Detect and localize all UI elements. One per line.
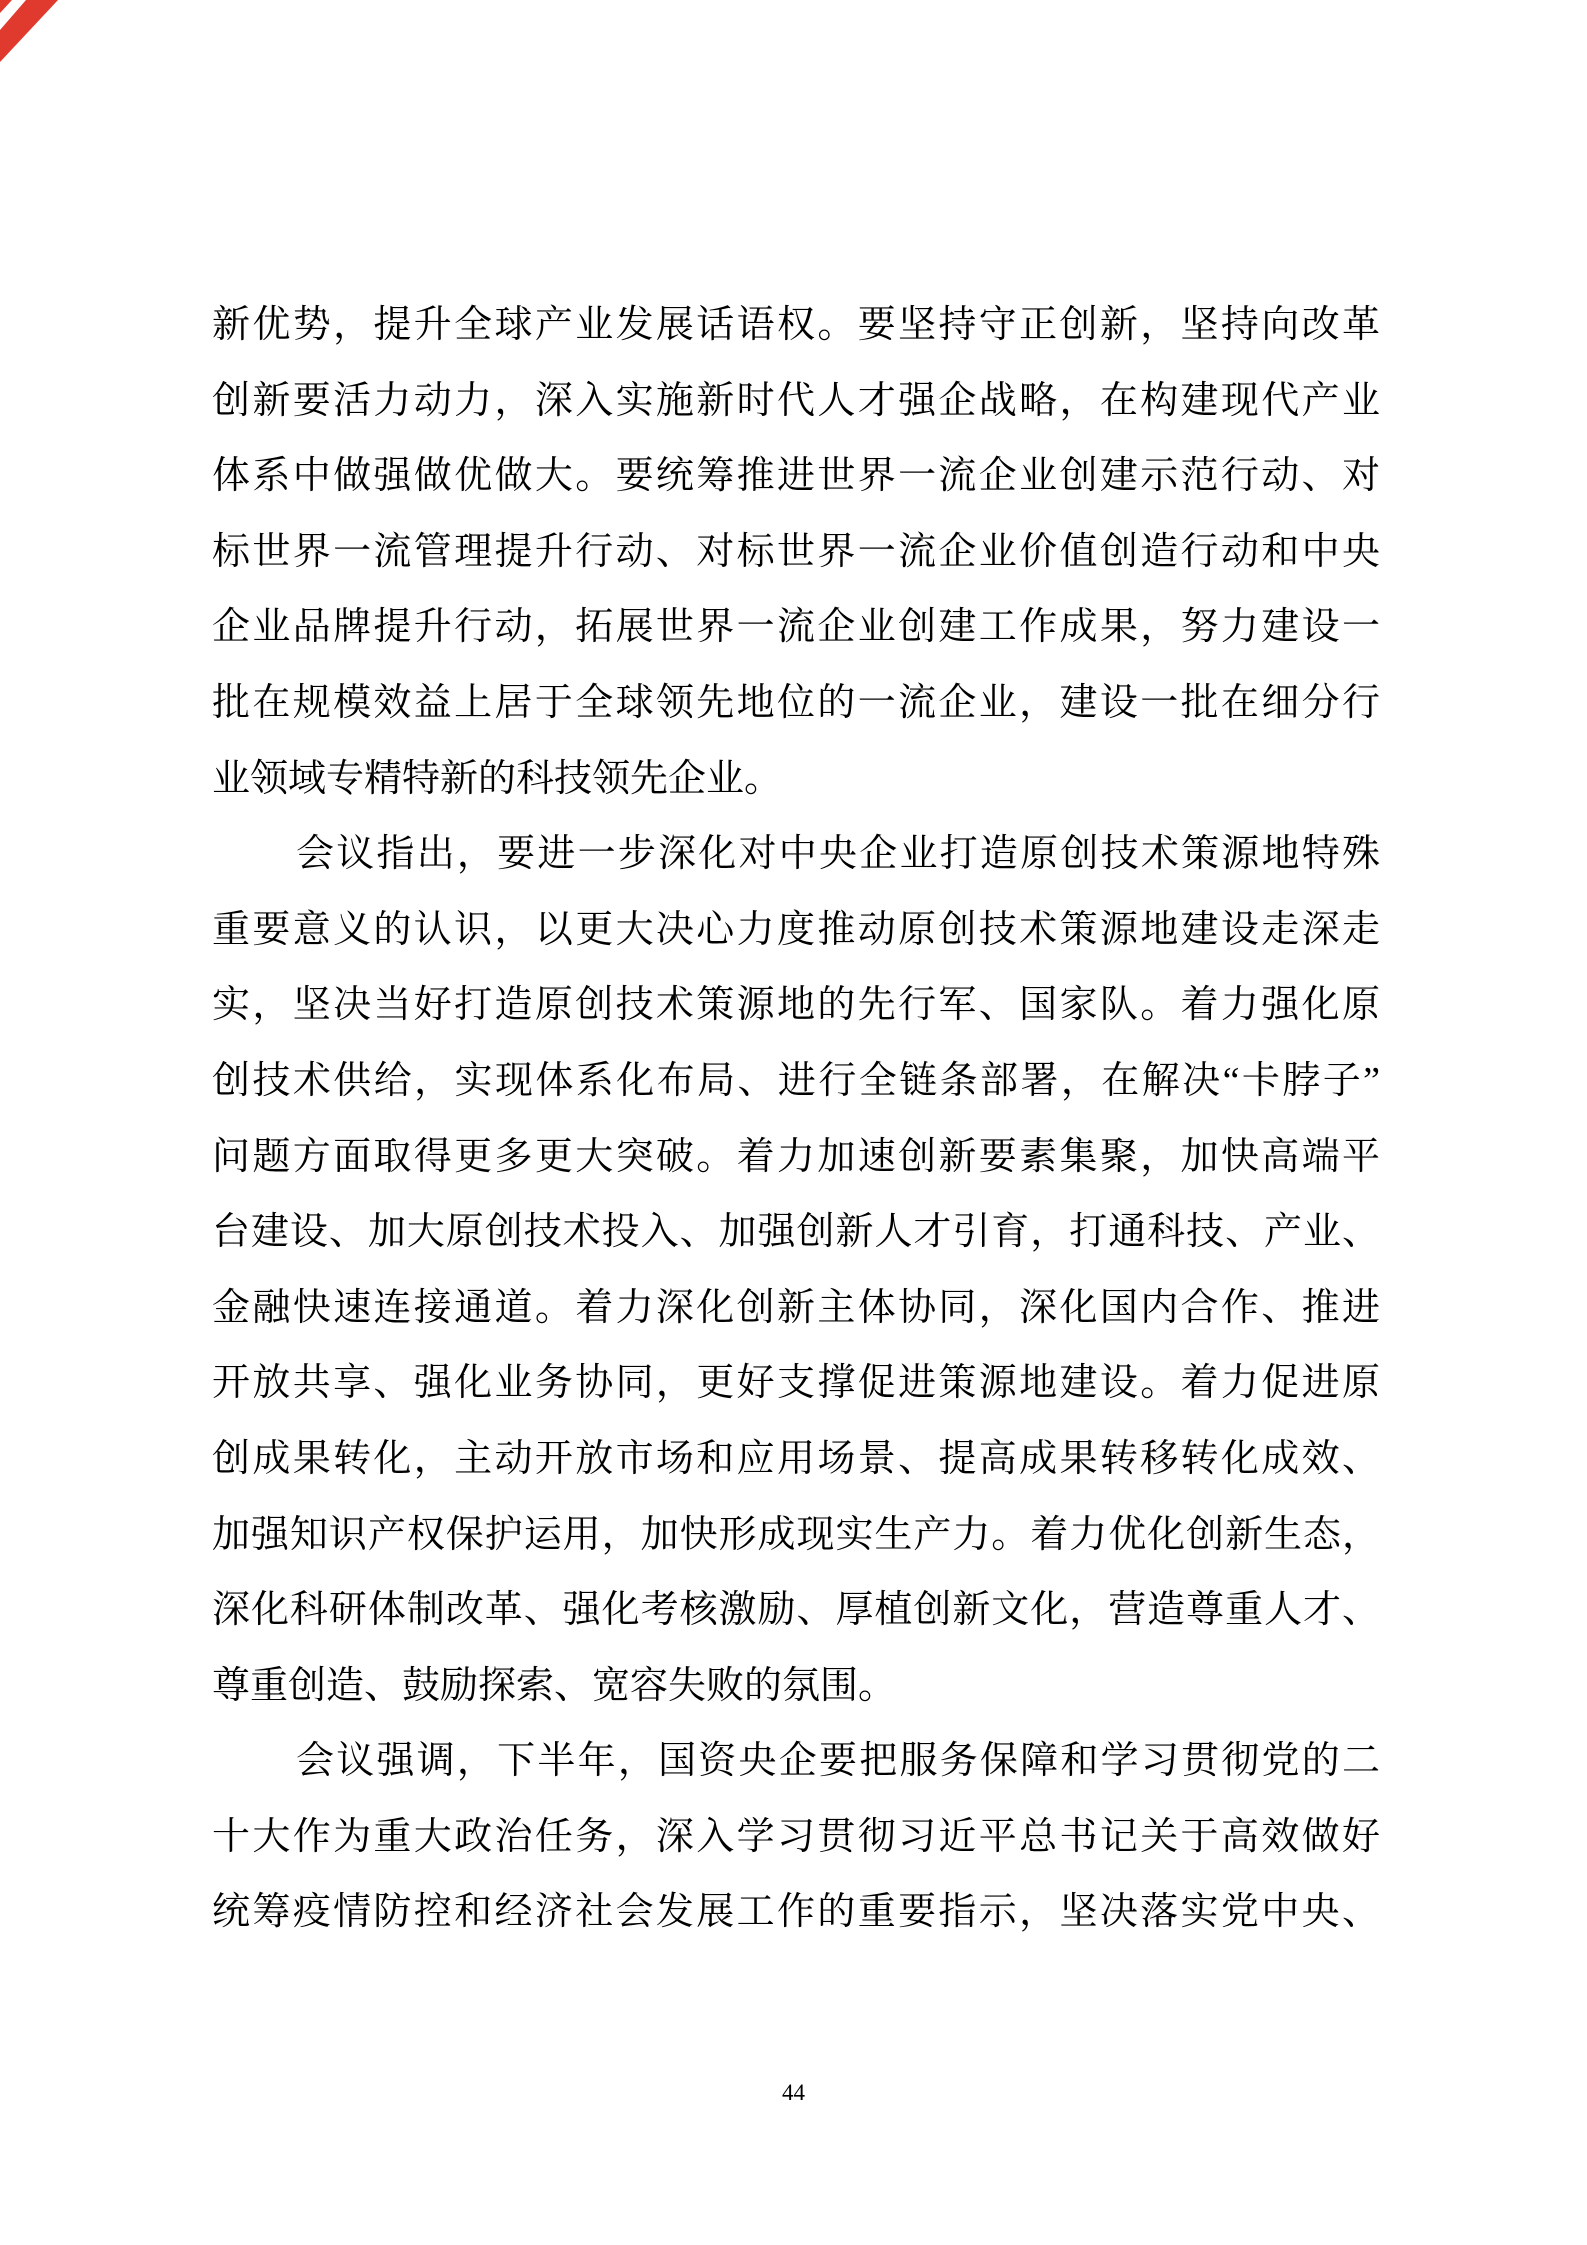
text-line-10: 实，坚决当好打造原创技术策源地的先行军、国家队。着力强化原 (212, 968, 1380, 1044)
page-number: 44 (0, 2078, 1587, 2108)
text-line-1: 新优势，提升全球产业发展话语权。要坚持守正创新，坚持向改革 (212, 288, 1380, 364)
text-line-7: 业领域专精特新的科技领先企业。 (212, 742, 1380, 818)
text-line-22: 统筹疫情防控和经济社会发展工作的重要指示，坚决落实党中央、 (212, 1875, 1380, 1951)
text-line-9: 重要意义的认识，以更大决心力度推动原创技术策源地建设走深走 (212, 893, 1380, 969)
text-line-3: 体系中做强做优做大。要统筹推进世界一流企业创建示范行动、对 (212, 439, 1380, 515)
text-line-8: 会议指出，要进一步深化对中央企业打造原创技术策源地特殊 (212, 817, 1380, 893)
text-line-2: 创新要活力动力，深入实施新时代人才强企战略，在构建现代产业 (212, 364, 1380, 440)
text-line-12: 问题方面取得更多更大突破。着力加速创新要素集聚，加快高端平 (212, 1120, 1380, 1196)
text-line-16: 创成果转化，主动开放市场和应用场景、提高成果转移转化成效、 (212, 1422, 1380, 1498)
red-corner-mark-band (0, 0, 58, 62)
text-line-19: 尊重创造、鼓励探索、宽容失败的氛围。 (212, 1649, 1380, 1725)
text-line-17: 加强知识产权保护运用，加快形成现实生产力。着力优化创新生态， (212, 1498, 1380, 1574)
text-line-21: 十大作为重大政治任务，深入学习贯彻习近平总书记关于高效做好 (212, 1800, 1380, 1876)
text-line-11: 创技术供给，实现体系化布局、进行全链条部署，在解决“卡脖子” (212, 1044, 1380, 1120)
text-line-4: 标世界一流管理提升行动、对标世界一流企业价值创造行动和中央 (212, 515, 1380, 591)
text-line-13: 台建设、加大原创技术投入、加强创新人才引育，打通科技、产业、 (212, 1195, 1380, 1271)
red-corner-mark (0, 0, 62, 64)
text-line-6: 批在规模效益上居于全球领先地位的一流企业，建设一批在细分行 (212, 666, 1380, 742)
document-page: 新优势，提升全球产业发展话语权。要坚持守正创新，坚持向改革 创新要活力动力，深入… (0, 0, 1587, 2245)
text-line-18: 深化科研体制改革、强化考核激励、厚植创新文化，营造尊重人才、 (212, 1573, 1380, 1649)
body-text: 新优势，提升全球产业发展话语权。要坚持守正创新，坚持向改革 创新要活力动力，深入… (212, 288, 1380, 1951)
text-line-20: 会议强调，下半年，国资央企要把服务保障和学习贯彻党的二 (212, 1724, 1380, 1800)
text-line-5: 企业品牌提升行动，拓展世界一流企业创建工作成果，努力建设一 (212, 590, 1380, 666)
text-line-14: 金融快速连接通道。着力深化创新主体协同，深化国内合作、推进 (212, 1271, 1380, 1347)
text-line-15: 开放共享、强化业务协同，更好支撑促进策源地建设。着力促进原 (212, 1346, 1380, 1422)
red-corner-mark-tip (0, 0, 12, 13)
